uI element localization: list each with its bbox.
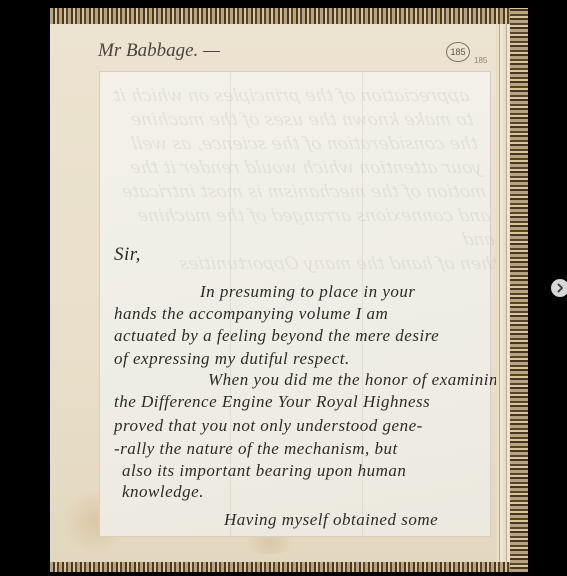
letter-line: of expressing my dutiful respect. [114, 349, 350, 369]
letter-line: proved that you not only understood gene… [114, 416, 423, 436]
letter-line: When you did me the honor of examining [208, 370, 507, 390]
letter-salutation: Sir, [114, 244, 141, 266]
letter-line: also its important bearing upon human [122, 461, 406, 481]
letter-line: knowledge. [122, 482, 204, 502]
next-page-button[interactable] [551, 279, 567, 297]
album-page: Mr Babbage. — 185 185 appreciation of th… [50, 8, 528, 572]
page-edges-stack [496, 22, 510, 562]
folio-number-circled: 185 [446, 42, 470, 62]
folio-number-plain: 185 [474, 56, 487, 65]
letter-line: the Difference Engine Your Royal Highnes… [114, 392, 430, 412]
gilt-border-bottom [50, 562, 528, 572]
gilt-border-top [50, 8, 528, 24]
recipient-heading: Mr Babbage. — [98, 40, 220, 62]
mount-page: Mr Babbage. — 185 185 appreciation of th… [50, 22, 498, 562]
gilt-border-right [510, 8, 528, 572]
letter-line: hands the accompanying volume I am [114, 304, 388, 324]
letter-line: -rally the nature of the mechanism, but [114, 439, 398, 459]
letter-sheet: appreciation of the principles on which … [100, 72, 490, 536]
letter-line: actuated by a feeling beyond the mere de… [114, 326, 439, 346]
letter-line: Having myself obtained some [224, 510, 438, 530]
chevron-right-icon [555, 283, 565, 293]
letter-line: In presuming to place in your [200, 282, 415, 302]
bleed-through-text: appreciation of the principles on which … [97, 84, 497, 254]
